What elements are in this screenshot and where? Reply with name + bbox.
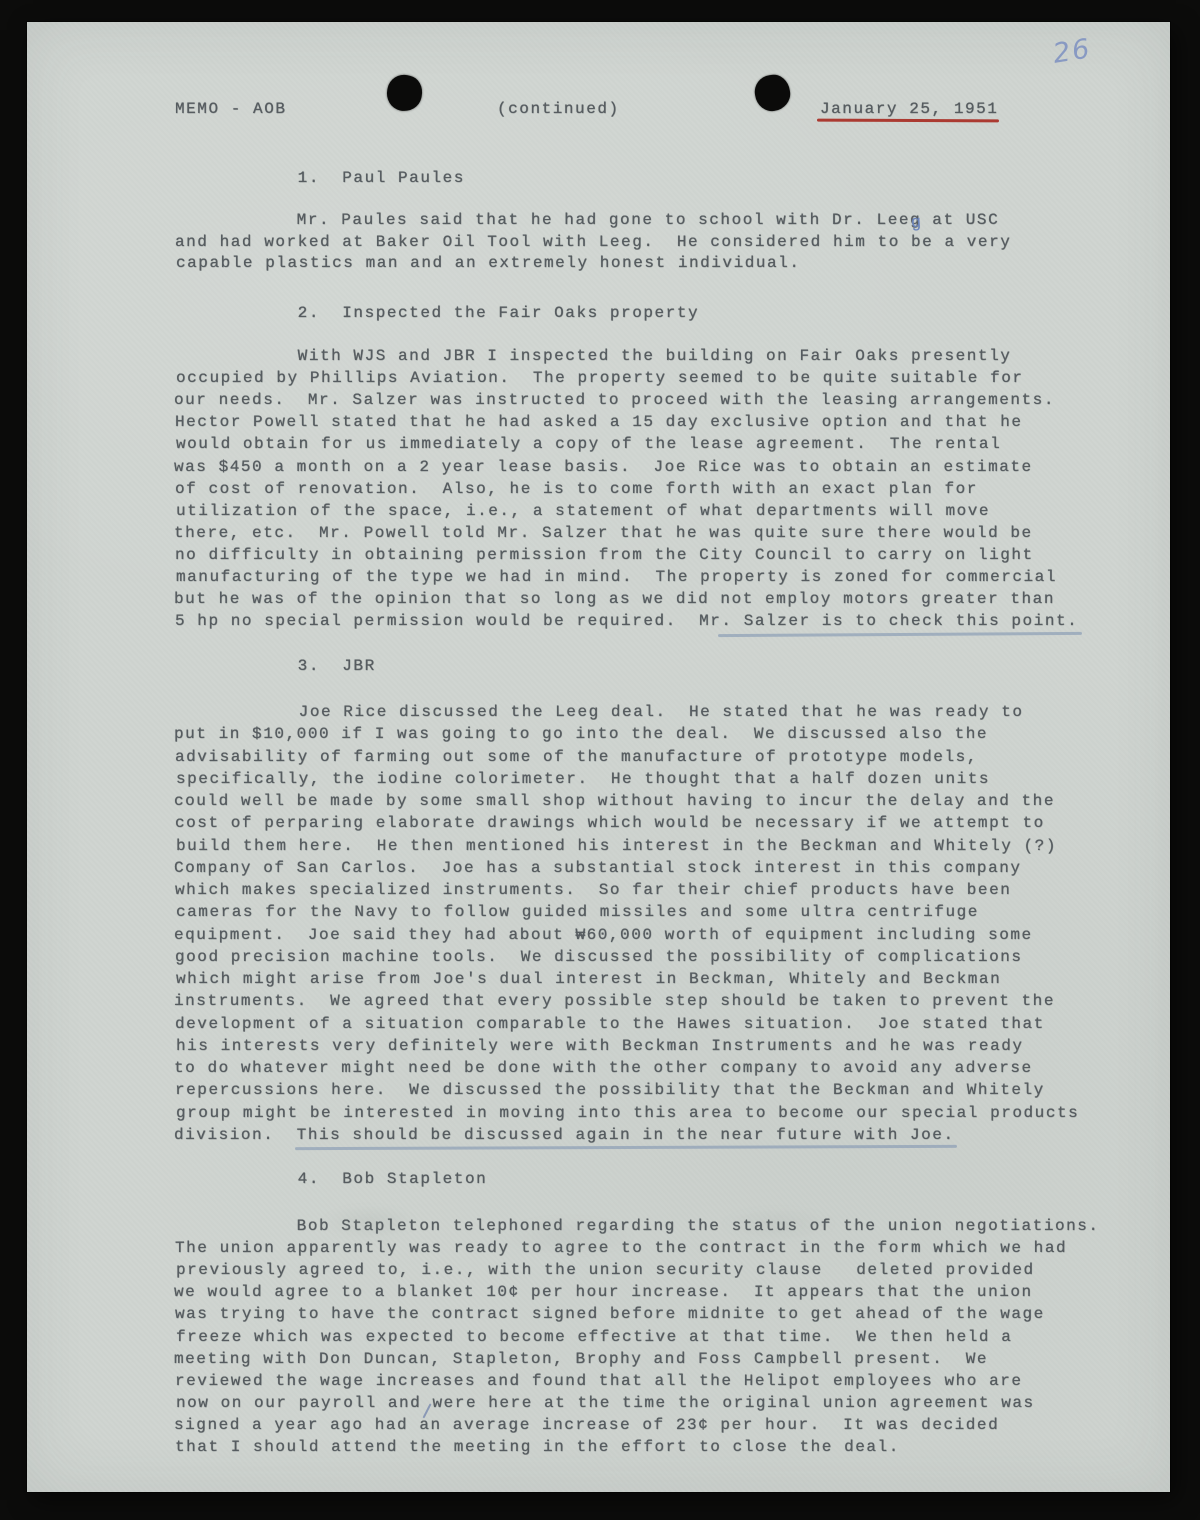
handwritten-page-number: 26 bbox=[1051, 33, 1094, 70]
memo-line: division. This should be discussed again… bbox=[174, 1124, 955, 1146]
memo-line: signed a year ago had an average increas… bbox=[174, 1414, 999, 1436]
memo-line: put in $10,000 if I was going to go into… bbox=[174, 723, 988, 745]
memo-line: utilization of the space, i.e., a statem… bbox=[176, 500, 990, 522]
memo-line: our needs. Mr. Salzer was instructed to … bbox=[174, 389, 1055, 411]
section-heading: 2. Inspected the Fair Oaks property bbox=[175, 302, 699, 324]
memo-line: freeze which was expected to become effe… bbox=[176, 1326, 1012, 1348]
memo-line: of cost of renovation. Also, he is to co… bbox=[175, 478, 978, 500]
memo-line: and had worked at Baker Oil Tool with Le… bbox=[175, 232, 1011, 254]
memo-line: Joe Rice discussed the Leeg deal. He sta… bbox=[176, 701, 1024, 723]
memo-line: repercussions here. We discussed the pos… bbox=[175, 1079, 1045, 1101]
memo-line: that I should attend the meeting in the … bbox=[175, 1436, 900, 1458]
memo-line: no difficulty in obtaining permission fr… bbox=[175, 544, 1034, 566]
memo-line: which makes specialized instruments. So … bbox=[175, 879, 1011, 901]
memo-line: capable plastics man and an extremely ho… bbox=[176, 253, 801, 275]
memo-line: With WJS and JBR I inspected the buildin… bbox=[175, 345, 1011, 367]
memo-line: development of a situation comparable to… bbox=[175, 1013, 1045, 1035]
memo-line: was $450 a month on a 2 year lease basis… bbox=[174, 456, 1033, 478]
red-date-underline bbox=[817, 119, 999, 122]
memo-line: was trying to have the contract signed b… bbox=[175, 1303, 1045, 1325]
memo-line: occupied by Phillips Aviation. The prope… bbox=[176, 367, 1024, 389]
memo-line: group might be interested in moving into… bbox=[176, 1102, 1079, 1124]
memo-line: there, etc. Mr. Powell told Mr. Salzer t… bbox=[174, 522, 1033, 544]
memo-line: cameras for the Navy to follow guided mi… bbox=[176, 901, 979, 923]
memo-line: could well be made by some small shop wi… bbox=[174, 790, 1055, 812]
memo-title: MEMO - AOB bbox=[175, 98, 287, 120]
section-heading: 1. Paul Paules bbox=[175, 167, 465, 189]
handwritten-ink-g: g bbox=[910, 213, 921, 236]
memo-line: manufacturing of the type we had in mind… bbox=[176, 566, 1057, 588]
memo-line: specifically, the iodine colorimeter. He… bbox=[176, 768, 990, 790]
memo-line: equipment. Joe said they had about ₩60,0… bbox=[174, 924, 1033, 946]
continued-label: (continued) bbox=[497, 98, 620, 120]
bleed-through-smudge bbox=[277, 1180, 937, 1280]
memo-line: good precision machine tools. We discuss… bbox=[175, 946, 1023, 968]
memo-line: we would agree to a blanket 10¢ per hour… bbox=[174, 1281, 1033, 1303]
punch-hole-left bbox=[384, 72, 426, 114]
memo-line: Hector Powell stated that he had asked a… bbox=[175, 411, 1023, 433]
memo-line: build them here. He then mentioned his i… bbox=[176, 835, 1057, 857]
memo-line: which might arise from Joe's dual intere… bbox=[176, 968, 1001, 990]
memo-line: 5 hp no special permission would be requ… bbox=[175, 610, 1078, 632]
memo-date: January 25, 1951 bbox=[820, 98, 998, 120]
pencil-underline-salzer bbox=[718, 632, 1082, 637]
memo-line: now on our payroll and were here at the … bbox=[176, 1392, 1035, 1414]
memo-line: his interests very definitely were with … bbox=[176, 1035, 1024, 1057]
memo-line: Company of San Carlos. Joe has a substan… bbox=[174, 857, 1022, 879]
memo-line: reviewed the wage increases and found th… bbox=[175, 1370, 1023, 1392]
memo-line: instruments. We agreed that every possib… bbox=[174, 990, 1055, 1012]
section-heading: 3. JBR bbox=[175, 655, 376, 677]
memo-line: would obtain for us immediately a copy o… bbox=[176, 433, 1001, 455]
memo-line: advisability of farming out some of the … bbox=[175, 746, 978, 768]
scan-background: 26 MEMO - AOB (continued) January 25, 19… bbox=[0, 0, 1200, 1520]
memo-line: Mr. Paules said that he had gone to scho… bbox=[174, 210, 999, 232]
memo-line: but he was of the opinion that so long a… bbox=[174, 588, 1055, 610]
memo-line: to do whatever might need be done with t… bbox=[174, 1057, 1033, 1079]
memo-page: 26 MEMO - AOB (continued) January 25, 19… bbox=[27, 22, 1170, 1492]
memo-line: meeting with Don Duncan, Stapleton, Brop… bbox=[174, 1348, 988, 1370]
memo-line: cost of perparing elaborate drawings whi… bbox=[175, 812, 1045, 834]
punch-hole-right bbox=[753, 73, 793, 114]
